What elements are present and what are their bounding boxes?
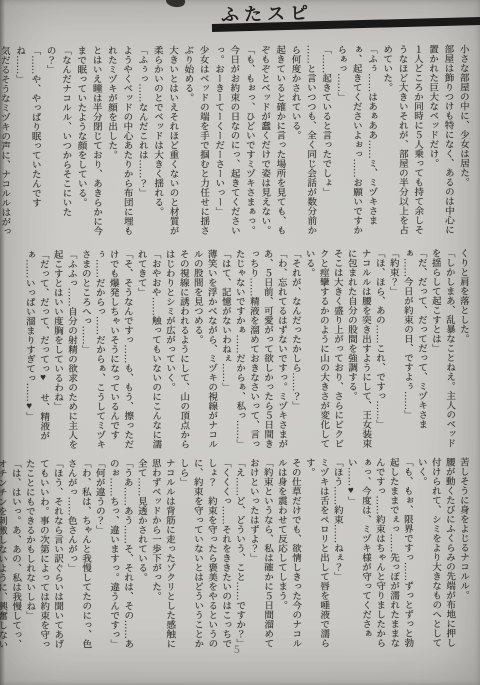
paragraph: 「も、もぉっ、ひどいですミヅキさまぁっ。今日がお約束の日なのにっ、起きてください… — [210, 45, 257, 239]
paragraph: 「え……ど、どういう、こと……ですか？」 — [232, 458, 247, 648]
paragraph: 「……や、やっぱり眠っていたんですね……」 — [11, 46, 42, 240]
paragraph: 「そ、そうなんですっ……も、もう、擦っただけでも爆発しちゃいそうになっているんで… — [78, 249, 135, 450]
paragraph: 「ほう……約束……ねぇ？」 — [330, 458, 345, 648]
paragraph: 少女はベッドの端を手で掴むと力任せに揺さぶり始める。 — [179, 45, 210, 239]
paragraph: とはいえ瞳は半分閉じており、あきらかに今まで眠っていたような顔をしている。 — [72, 45, 103, 239]
paragraph: 薄笑いを浮かべながら、ミヅキの視線がナコルルの股間を見つめる。 — [190, 249, 219, 450]
paragraph: 「だって、だって、だってっ♥ せ、精液がぁ……いっぱい溜まりすぎてっ……♥」 — [22, 250, 51, 451]
paragraph: 「それが、なんだったかしら……？」 — [288, 249, 303, 450]
paragraph: ナコルルは背筋に走ったゾクリとした感触に思わずベッドから一歩下がった。 — [148, 458, 177, 648]
paragraph: 「はて、記憶がないわねぇ……」 — [218, 249, 233, 450]
paragraph: 「くくくっ……それをききたいのはこっちでしょ？ 約束を守ったら褒美をやるというの… — [176, 458, 233, 648]
paragraph: 苦しそうに身をよじるナコルル。 — [456, 457, 471, 647]
paragraph: １人どころか同時に５人乗っても持て余しそうなほど大きいそれが、部屋の半分以上を占… — [378, 44, 425, 238]
paragraph: 「ふふっ……自分の射精の欲求のために主人を起こすとはいい度胸をしているわね」 — [50, 250, 79, 451]
paragraph: くりと肩を落とした。 — [456, 248, 471, 449]
text-block-bottom: 苦しそうに身をよじるナコルル。 腰が動くたびにふくらみの先端が布地に押し付けられ… — [20, 457, 471, 649]
paragraph: 「約束？」 — [386, 248, 401, 449]
paragraph: その視線に誘われるようにして、山の頂点からはじわりとシミが広がっていく。 — [162, 249, 191, 450]
paragraph: 「……起きていると言ったでしょ」 — [317, 45, 333, 239]
paragraph: ようやくベッドの中心あたりから布団に埋もれたミヅキが顔を出した。 — [103, 45, 134, 239]
text-block-top: 小さな部屋の中に、少女は居た。 部屋は飾りつけも特になく、あるのは中心に置かれた… — [20, 44, 471, 240]
paragraph: 「おやおや……触ってもいないのにこんなに濡れてきて」 — [134, 249, 163, 450]
paragraph: 小さな部屋の中に、少女は居た。 — [454, 44, 470, 238]
paragraph: 「も、もぉ、限界ですっ……ずっとずっと勃起したままでぇっ……先っぽが濡れたままな… — [344, 457, 415, 647]
paragraph: 部屋は飾りつけも特になく、あるのは中心に置かれた巨大なベッドだけ。 — [424, 44, 455, 238]
paragraph: 気だるそうなミヅキの声に、ナコルルはがっ — [0, 46, 11, 240]
page-number: 5 — [234, 644, 240, 656]
paragraph: 「わ、私は、ちゃんと我慢してたのにっ、色さんがっ……色さんがっ」 — [64, 459, 93, 649]
paragraph: 「ほう、それなら言い訳ぐらいは聞いてあげてもいいわ。事の次第によっては約束を守っ… — [22, 459, 65, 649]
paragraph: 腰が動くたびにふくらみの先端が布地に押し付けられて、シミをより大きなものへとして… — [414, 457, 457, 647]
paragraph: 「ふぅっ……なんだこれは……？」 — [133, 45, 149, 239]
scanned-page: ふたスピ 小さな部屋の中に、少女は居た。 部屋は飾りつけも特になく、あるのは中心… — [0, 0, 480, 685]
paragraph: ナコルルは腰を突き出すようにして、王女装束に包まれた自分の股間を強調する。 — [344, 249, 373, 450]
paragraph: 「ふぅ……はあぁああ……ミ、ミヅキさまぁ、起きてくださいよぉっ……お願いですから… — [332, 45, 379, 239]
paragraph: 「しかしまあ、乱暴なことねえ。主人のベッドを揺らして起こすとは」 — [428, 248, 457, 449]
paragraph: 「は、はいっ。あ、あの、私は我慢してっ、オチンチンを刺激しないように、興奮しない… — [0, 459, 22, 649]
paragraph: 「ほ、ほら、あの……これ、ですっ……」 — [372, 249, 387, 450]
text-block-middle: くりと肩を落とした。 「しかしまあ、乱暴なことねえ。主人のベッドを揺らして起こす… — [20, 248, 471, 451]
paragraph: 「なんだナコルル、いつからそこにいたの？」 — [41, 46, 72, 240]
paragraph: そこは大きく盛り上がっており、さらにビクビクと痙攣するかのように山の大きさが変化… — [302, 249, 345, 450]
paragraph: 起きていると確かに言った場所を見ても、もぞもぞとベッドが蠢くだけで姿は見えない。 — [256, 45, 287, 239]
paragraph: 「だ、だって、だってだって、ミヅキさまぁ……今日が約束の日、ですよぅ……」 — [400, 248, 429, 449]
paragraph: その仕草だけでも、欲情しきった今のナコルルは身を震わせて反応してしまう。 — [274, 458, 303, 648]
paragraph: 「わ、忘れてるはずないですっ。ミヅキさまがあ、５日前、可愛がって欲しかったら５日… — [232, 249, 289, 450]
paragraph: 「うあ……あう……そ、それは、その……あのぉ……ちっ、違いますっ。違うんですっ」 — [106, 458, 135, 648]
paragraph: 大きいとはいえそれほど重くないのと材質が柔らかいのとでベッドは大きく揺れる。 — [148, 45, 179, 239]
paragraph: 「何が違うの？」 — [92, 458, 107, 648]
paragraph: ……と言いつつも、全く同じ会話が数分前から何度かされている。 — [286, 45, 317, 239]
paragraph: 「約束というなら、私は確かに５日間溜めておけといったはずよ？」 — [246, 458, 275, 648]
paragraph: 全て……見透かされている。 — [134, 458, 149, 648]
scan-smudge-artifact — [165, 0, 186, 9]
paragraph: ミヅキは舌をペロリと出して唇を唾液で濡らす。 — [302, 458, 331, 648]
